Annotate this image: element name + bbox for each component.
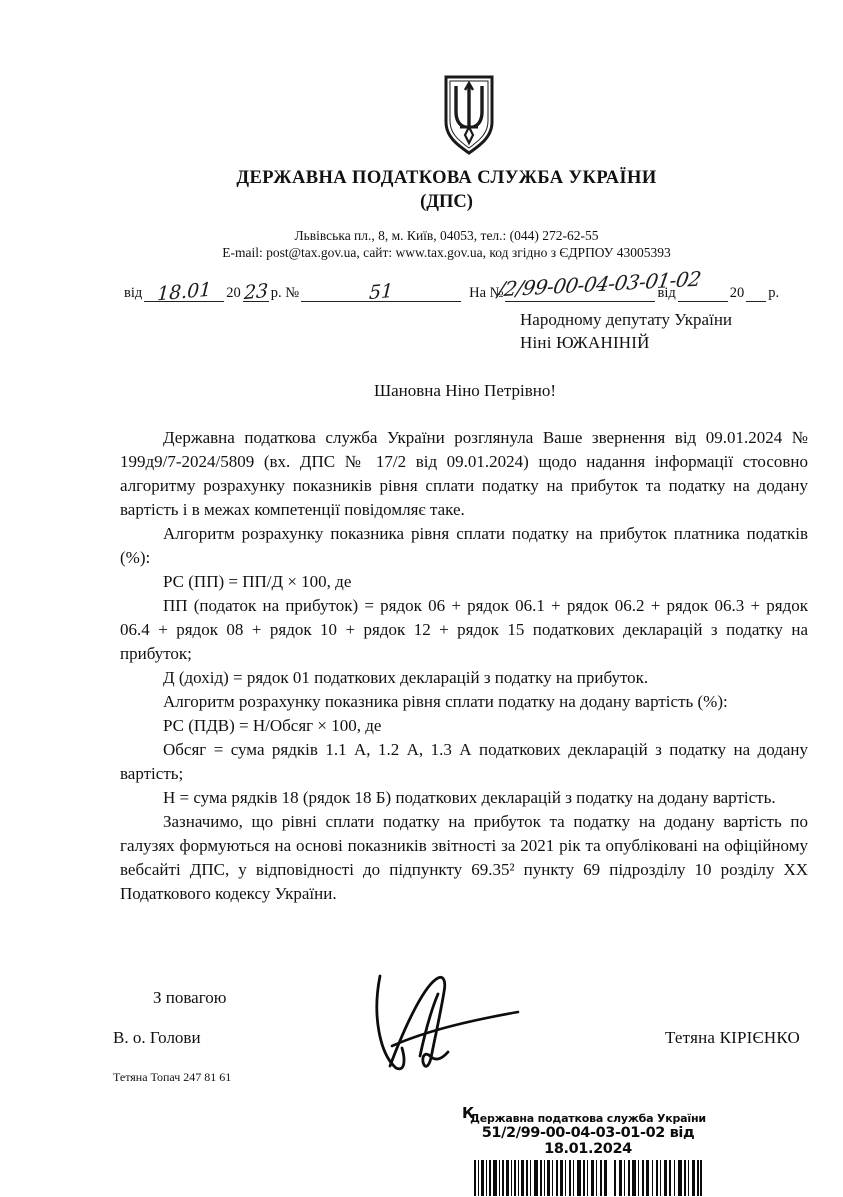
year-prefix-label: 20 [224, 285, 243, 302]
addressee-name: Ніні ЮЖАНІНІЙ [520, 331, 732, 354]
salutation: Шановна Ніно Петрівно! [120, 381, 810, 401]
date-from-label: від [122, 285, 144, 302]
addressee-title: Народному депутату України [520, 308, 732, 331]
signature-icon [368, 968, 533, 1083]
org-address: Львівська пл., 8, м. Київ, 04053, тел.: … [100, 228, 793, 244]
body-paragraph: Зазначимо, що рівні сплати податку на пр… [120, 810, 808, 906]
addressee-block: Народному депутату України Ніні ЮЖАНІНІЙ [520, 308, 732, 354]
letter-body: Державна податкова служба України розгля… [120, 426, 808, 906]
incoming-year-prefix: 20 [728, 285, 747, 302]
handwritten-year-field: 23 [243, 283, 269, 302]
formula-line: РС (ПП) = ПП/Д × 100, де [120, 570, 808, 594]
document-page: ДЕРЖАВНА ПОДАТКОВА СЛУЖБА УКРАЇНИ (ДПС) … [0, 0, 843, 1197]
body-paragraph: Обсяг = сума рядків 1.1 А, 1.2 А, 1.3 А … [120, 738, 808, 786]
signer-name: Тетяна КІРІЄНКО [665, 1028, 800, 1048]
stamp-org-name: Державна податкова служба України [438, 1112, 738, 1125]
number-label: р. № [269, 285, 301, 302]
incoming-year-suffix: р. [766, 285, 781, 302]
formula-line: Д (дохід) = рядок 01 податкових декларац… [120, 666, 808, 690]
stamp-reference: 51/2/99-00-04-03-01-02 від 18.01.2024 [438, 1125, 738, 1157]
stamp-k-mark: К [462, 1104, 474, 1122]
closing-regards: З повагою [153, 988, 226, 1008]
handwritten-number-field: 51 [301, 283, 461, 302]
handwritten-number: 51 [369, 282, 394, 303]
body-paragraph: Алгоритм розрахунку показника рівня спла… [120, 522, 808, 570]
body-paragraph: ПП (податок на прибуток) = рядок 06 + ря… [120, 594, 808, 666]
body-paragraph: Н = сума рядків 18 (рядок 18 Б) податков… [120, 786, 808, 810]
org-contacts: E-mail: post@tax.gov.ua, сайт: www.tax.g… [100, 245, 793, 261]
org-name: ДЕРЖАВНА ПОДАТКОВА СЛУЖБА УКРАЇНИ [100, 168, 793, 189]
org-abbreviation: (ДПС) [100, 192, 793, 213]
reference-line: від 18.01 20 23 р. № 51 На № від 20 р. [122, 276, 815, 302]
body-paragraph: Алгоритм розрахунку показника рівня спла… [120, 690, 808, 714]
body-paragraph: Державна податкова служба України розгля… [120, 426, 808, 522]
coat-of-arms-icon [442, 74, 496, 158]
handwritten-date: 18.01 [157, 281, 212, 305]
signer-position: В. о. Голови [113, 1028, 201, 1048]
formula-line: РС (ПДВ) = Н/Обсяг × 100, де [120, 714, 808, 738]
incoming-year-blank [746, 283, 766, 302]
barcode-icon [474, 1160, 702, 1196]
registration-stamp: К Державна податкова служба України 51/2… [438, 1102, 738, 1196]
executor-note: Тетяна Топач 247 81 61 [113, 1070, 231, 1085]
handwritten-date-field: 18.01 [144, 283, 224, 302]
handwritten-year: 23 [243, 282, 268, 303]
